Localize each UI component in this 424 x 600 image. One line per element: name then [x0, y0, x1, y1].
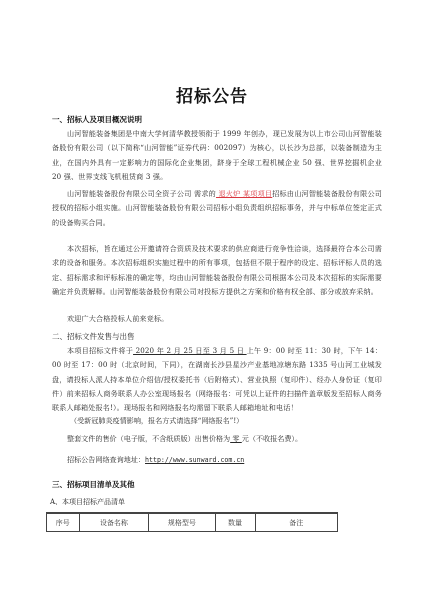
price-after: 元（不收报名费）。	[242, 434, 302, 443]
section3-subheading: A、本项目招标产品清单	[50, 497, 125, 507]
section1-heading: 一、招标人及项目概况说明	[52, 114, 142, 125]
highlighted-project-name: 退火炉 某项项目	[216, 189, 272, 198]
section1-paragraph-2: 山河智能装备股份有限公司全资子公司 需求的 退火炉 某项项目招标由山河智能装备股…	[52, 187, 382, 230]
section3-heading: 三、招标项目清单及其他	[52, 479, 135, 490]
section1-paragraph-1: 山河智能装备集团是中南大学何清华教授领衔于 1999 年创办，现已发展为以上市公…	[52, 127, 382, 184]
website-label: 招标公告网络查询地址：	[67, 455, 145, 464]
product-list-table: 序号 设备名称 规格型号 数量 备注	[46, 512, 338, 532]
document-title: 招标公告	[0, 82, 424, 107]
para-before-date: 本项目招标文件将于	[67, 346, 133, 355]
price-line: 整套文件的售价（电子版，不含纸质版）出售价格为 零 元（不收报名费）。	[67, 432, 397, 446]
section2-paragraph-1: 本项目招标文件将于 2020 年 2 月 25 日至 3 月 5 日 上午 9：…	[52, 344, 382, 415]
website-link[interactable]: http://www.sunward.com.cn	[145, 456, 244, 464]
price-label: 整套文件的售价（电子版，不含纸质版）出售价格为	[67, 434, 230, 443]
para-after-date: 上午 9：00 时至 11：30 时，下午 14：00 时至 17：00 时（北…	[52, 346, 382, 412]
col-remarks: 备注	[255, 513, 337, 532]
para2-before: 山河智能装备股份有限公司全资子公司 需求的	[67, 189, 216, 198]
section1-paragraph-3: 本次招标，旨在通过公开邀请符合资质及技术要求的供应商进行竞争性洽谈，选择最符合本…	[52, 242, 382, 299]
sale-date-range: 2020 年 2 月 25 日至 3 月 5 日	[133, 346, 247, 355]
col-quantity: 数量	[215, 513, 255, 532]
website-line: 招标公告网络查询地址：http://www.sunward.com.cn	[67, 453, 397, 467]
price-value: 零	[230, 434, 242, 443]
col-seq: 序号	[47, 513, 80, 532]
covid-notice: （受新冠肺炎疫情影响，报名方式请选择“网络报名”!）	[70, 414, 400, 428]
document-page: 招标公告 一、招标人及项目概况说明 山河智能装备集团是中南大学何清华教授领衔于 …	[0, 0, 424, 600]
col-spec-model: 规格型号	[149, 513, 215, 532]
section2-heading: 二、招标文件发售与出售	[52, 331, 135, 342]
section1-paragraph-4: 欢迎广大合格投标人前来竞标。	[52, 312, 382, 326]
col-device-name: 设备名称	[79, 513, 149, 532]
table-header-row: 序号 设备名称 规格型号 数量 备注	[47, 513, 338, 532]
